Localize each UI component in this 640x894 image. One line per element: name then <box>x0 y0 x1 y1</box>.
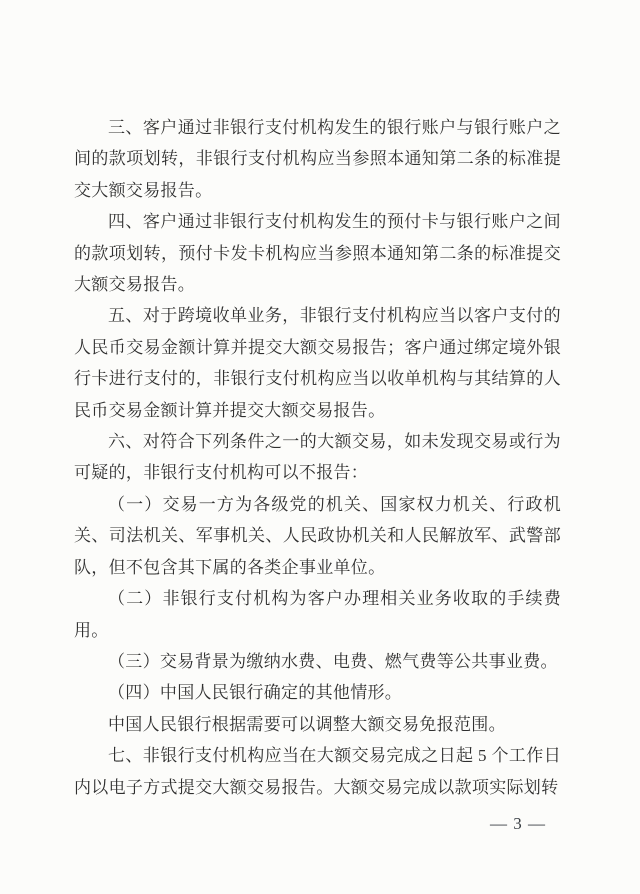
body-paragraph: （二）非银行支付机构为客户办理相关业务收取的手续费用。 <box>74 583 561 646</box>
body-paragraph: 三、客户通过非银行支付机构发生的银行账户与银行账户之间的款项划转，非银行支付机构… <box>74 112 561 206</box>
body-paragraph: 七、非银行支付机构应当在大额交易完成之日起 5 个工作日内以电子方式提交大额交易… <box>74 740 561 803</box>
document-page: 三、客户通过非银行支付机构发生的银行账户与银行账户之间的款项划转，非银行支付机构… <box>0 0 640 894</box>
page-number: — 3 — <box>0 814 546 834</box>
body-paragraph: （三）交易背景为缴纳水费、电费、燃气费等公共事业费。 <box>74 646 561 677</box>
body-paragraph: （一）交易一方为各级党的机关、国家权力机关、行政机关、司法机关、军事机关、人民政… <box>74 489 561 583</box>
body-paragraph: （四）中国人民银行确定的其他情形。 <box>74 677 561 708</box>
body-paragraph: 中国人民银行根据需要可以调整大额交易免报范围。 <box>74 709 561 740</box>
body-paragraph: 五、对于跨境收单业务，非银行支付机构应当以客户支付的人民币交易金额计算并提交大额… <box>74 300 561 426</box>
body-paragraph: 四、客户通过非银行支付机构发生的预付卡与银行账户之间的款项划转，预付卡发卡机构应… <box>74 206 561 300</box>
body-paragraph: 六、对符合下列条件之一的大额交易，如未发现交易或行为可疑的，非银行支付机构可以不… <box>74 426 561 489</box>
body-text: 三、客户通过非银行支付机构发生的银行账户与银行账户之间的款项划转，非银行支付机构… <box>74 112 561 803</box>
